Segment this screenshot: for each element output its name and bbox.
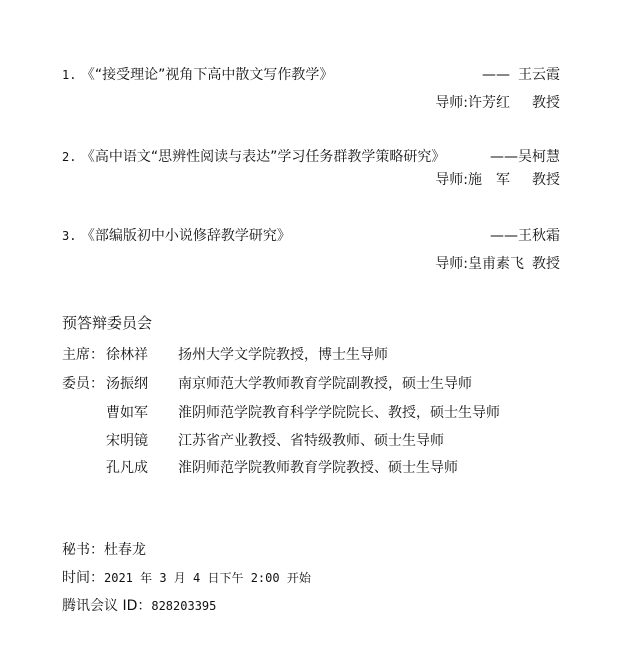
thesis-2-title-line: 2. 《高中语文“思辨性阅读与表达”学习任务群教学策略研究》 <box>62 148 445 166</box>
thesis-1-number: 1. <box>62 68 76 82</box>
thesis-2-number: 2. <box>62 150 76 164</box>
thesis-2-advisor-name: 施 军 <box>468 172 510 188</box>
member-description: 南京师范大学教师教育学院副教授，硕士生导师 <box>178 375 472 393</box>
thesis-1-title: 《“接受理论”视角下高中散文写作教学》 <box>81 67 334 83</box>
members-label: 委员： <box>62 375 106 393</box>
thesis-1-title-line: 1. 《“接受理论”视角下高中散文写作教学》 <box>62 66 333 84</box>
committee-member-row: 孔凡成淮阴师范学院教师教育学院教授、硕士生导师 <box>62 459 458 477</box>
thesis-2-author-line: ——吴柯慧 <box>490 148 560 166</box>
thesis-1-advisor-label: 导师: <box>435 95 468 111</box>
committee-chair-row: 主席：徐林祥扬州大学文学院教授，博士生导师 <box>62 346 388 364</box>
thesis-2-advisor-title: 教授 <box>532 172 560 188</box>
thesis-3-dash: —— <box>490 228 518 244</box>
chair-name: 徐林祥 <box>106 346 178 364</box>
thesis-2-dash: —— <box>490 149 518 165</box>
committee-member-row: 委员：汤振纲南京师范大学教师教育学院副教授，硕士生导师 <box>62 375 472 393</box>
member-name: 宋明镜 <box>106 432 178 450</box>
thesis-1-advisor-name: 许芳红 <box>468 95 510 111</box>
thesis-3-title: 《部编版初中小说修辞教学研究》 <box>81 228 291 244</box>
member-name: 汤振纲 <box>106 375 178 393</box>
committee-member-row: 宋明镜江苏省产业教授、省特级教师、硕士生导师 <box>62 432 444 450</box>
meeting-id: 828203395 <box>151 599 216 613</box>
thesis-3-advisor-label: 导师: <box>435 256 468 272</box>
time-line: 时间：2021 年 3 月 4 日下午 2:00 开始 <box>62 569 311 587</box>
time-label: 时间： <box>62 570 104 586</box>
committee-member-row: 曹如军淮阴师范学院教育科学学院院长、教授，硕士生导师 <box>62 404 500 422</box>
thesis-3-advisor-title: 教授 <box>532 256 560 272</box>
thesis-2-title: 《高中语文“思辨性阅读与表达”学习任务群教学策略研究》 <box>81 149 446 165</box>
thesis-1-advisor-title: 教授 <box>532 95 560 111</box>
member-name: 曹如军 <box>106 404 178 422</box>
meeting-line: 腾讯会议 ID：828203395 <box>62 597 216 615</box>
time-value: 2021 年 3 月 4 日下午 2:00 开始 <box>104 571 311 585</box>
member-description: 淮阴师范学院教育科学学院院长、教授，硕士生导师 <box>178 404 500 422</box>
secretary-line: 秘书：杜春龙 <box>62 541 146 559</box>
thesis-3-author-line: ——王秋霜 <box>490 227 560 245</box>
thesis-1-author: 王云霞 <box>518 67 560 83</box>
thesis-3-author: 王秋霜 <box>518 228 560 244</box>
thesis-3-title-line: 3. 《部编版初中小说修辞教学研究》 <box>62 227 291 245</box>
thesis-3-advisor-name: 皇甫素飞 <box>468 256 524 272</box>
thesis-3-number: 3. <box>62 229 76 243</box>
meeting-label: 腾讯会议 ID： <box>62 598 151 614</box>
chair-description: 扬州大学文学院教授，博士生导师 <box>178 346 388 364</box>
member-description: 淮阴师范学院教师教育学院教授、硕士生导师 <box>178 459 458 477</box>
thesis-2-advisor-label: 导师: <box>435 172 468 188</box>
thesis-1-author-line: ——王云霞 <box>482 66 560 84</box>
chair-label: 主席： <box>62 346 106 364</box>
committee-heading: 预答辩委员会 <box>62 314 152 332</box>
member-description: 江苏省产业教授、省特级教师、硕士生导师 <box>178 432 444 450</box>
thesis-1-dash: —— <box>482 67 510 83</box>
thesis-2-author: 吴柯慧 <box>518 149 560 165</box>
thesis-2-advisor-line: 导师:施 军教授 <box>435 171 560 189</box>
thesis-1-advisor-line: 导师:许芳红教授 <box>435 94 560 112</box>
member-name: 孔凡成 <box>106 459 178 477</box>
thesis-3-advisor-line: 导师:皇甫素飞教授 <box>435 255 560 273</box>
